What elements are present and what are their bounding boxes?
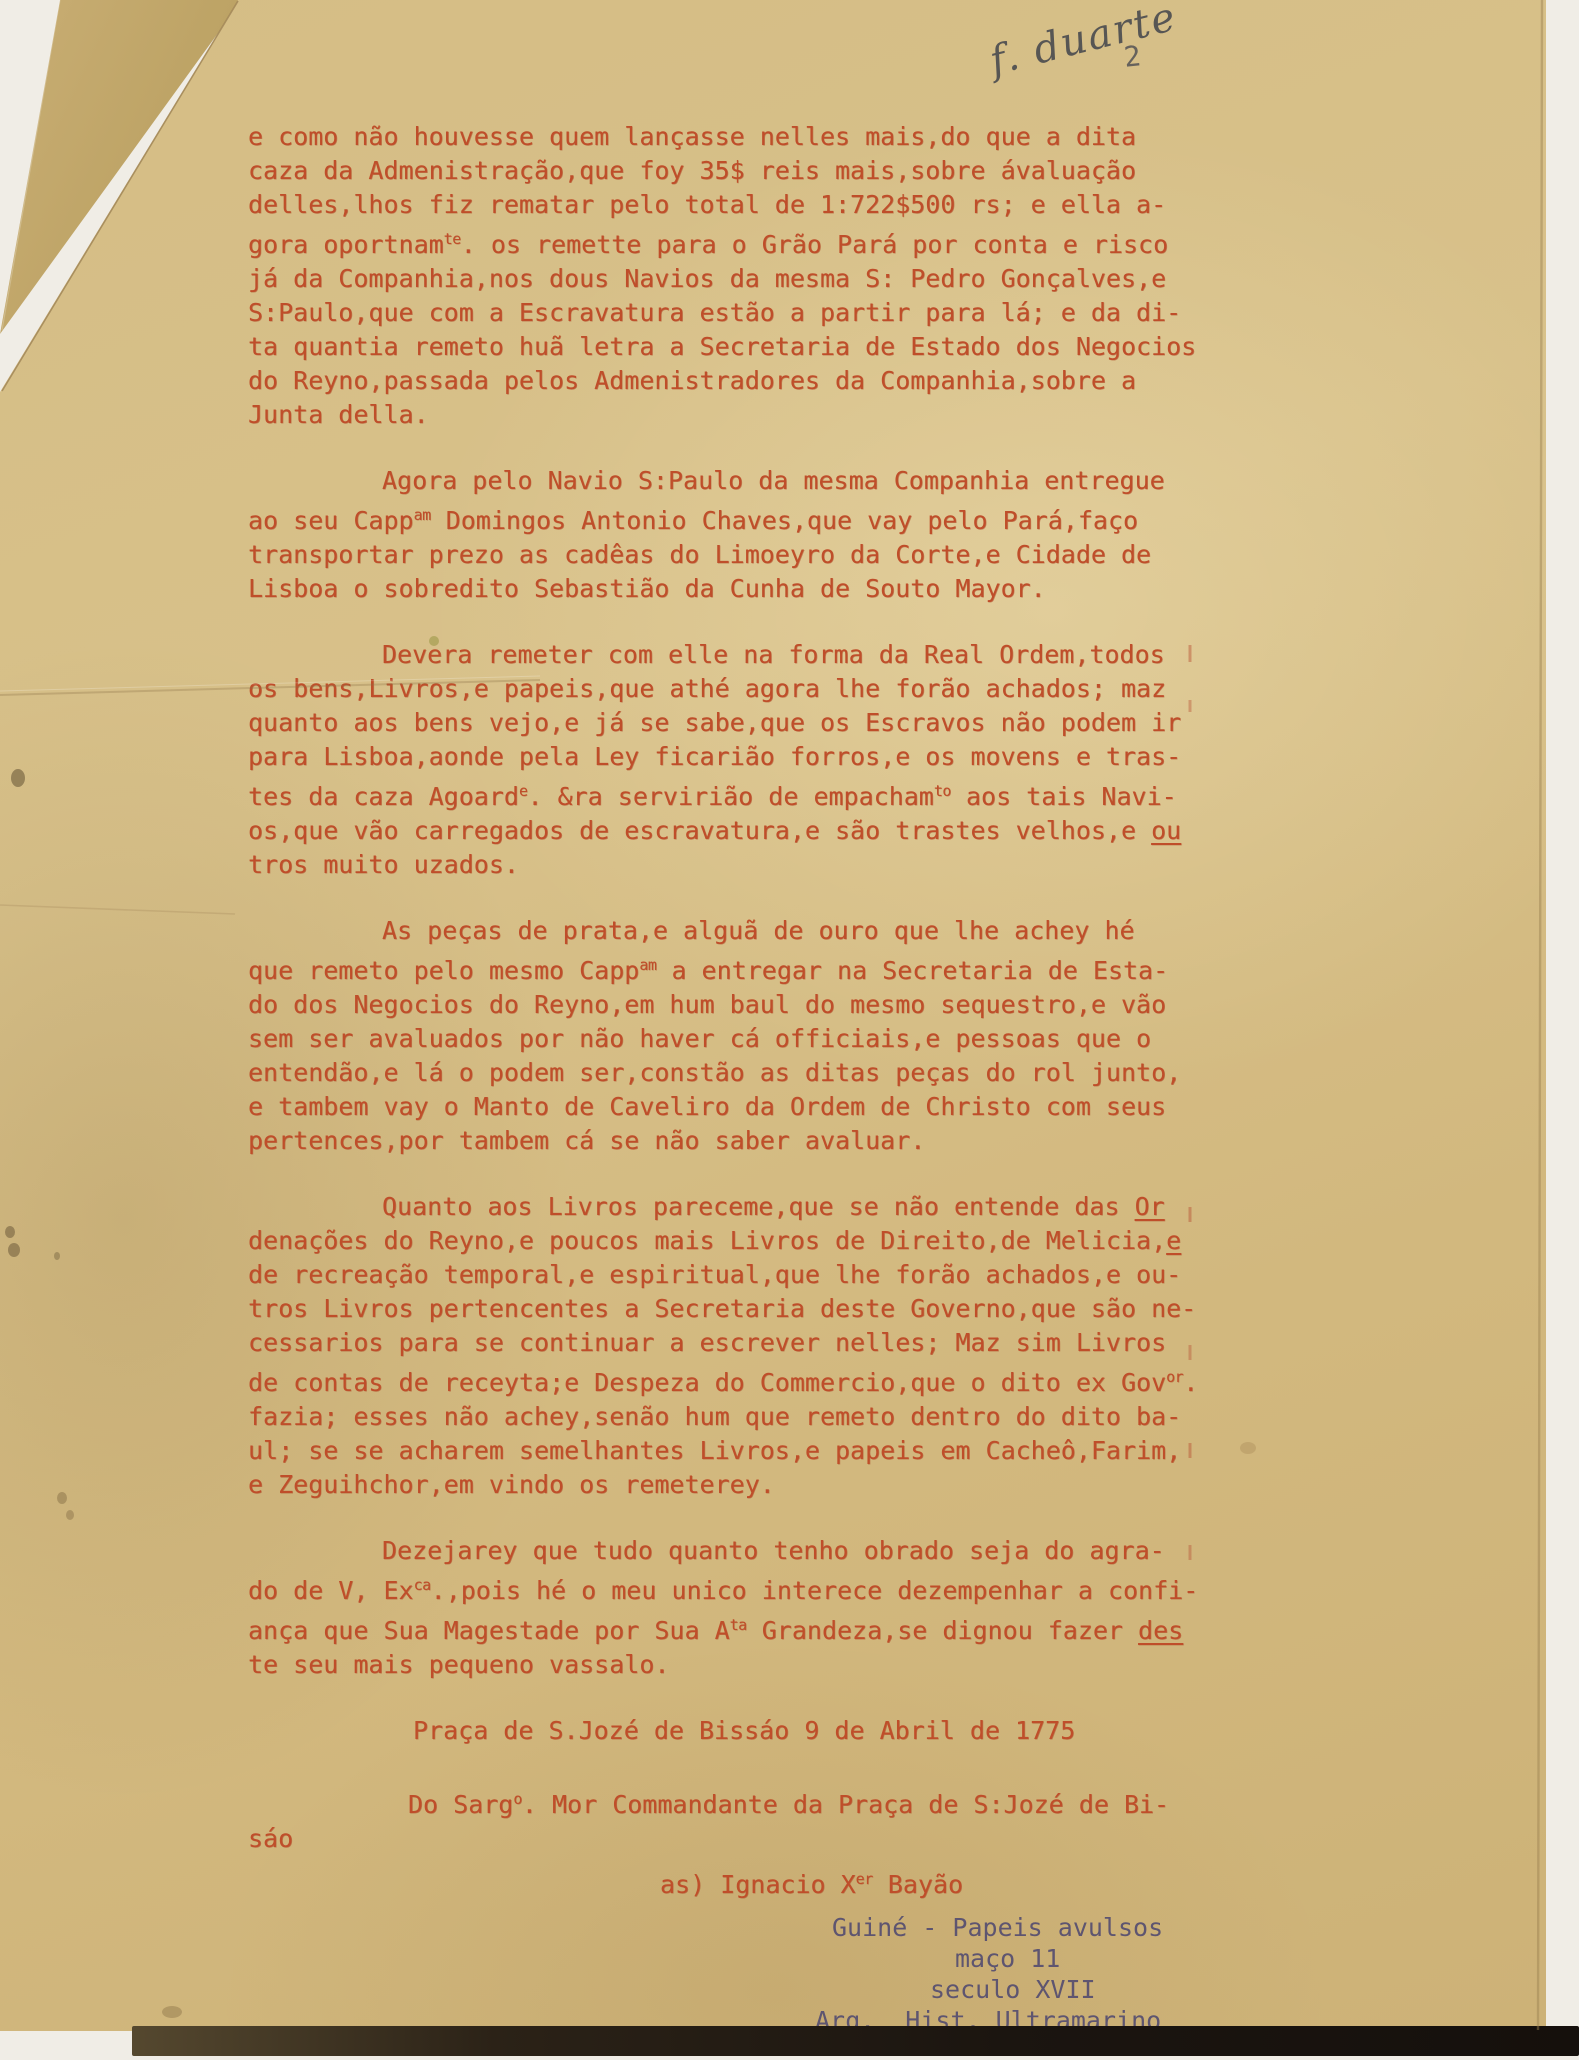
text-line: Agora pelo Navio S:Paulo da mesma Compan… [248, 464, 1258, 498]
text-line: maço 11 [248, 1943, 1258, 1974]
text-line: de recreação temporal,e espiritual,que l… [248, 1258, 1258, 1292]
superscript-text: ca [414, 1576, 431, 1594]
text-line: de contas de receyta;e Despeza do Commer… [248, 1360, 1258, 1400]
superscript-text: er [856, 1870, 873, 1888]
text-line: seculo XVII [248, 1974, 1258, 2005]
text-line: denações do Reyno,e poucos mais Livros d… [248, 1224, 1258, 1258]
text-line: ta quantia remeto huã letra a Secretaria… [248, 330, 1258, 364]
signature-line: as) Ignacio Xer Bayão [660, 1862, 1258, 1902]
superscript-text: am [414, 506, 431, 524]
text-line: para Lisboa,aonde pela Ley ficarião forr… [248, 740, 1258, 774]
paragraph: e como não houvesse quem lançasse nelles… [248, 120, 1258, 432]
text-line: fazia; esses não achey,senão hum que rem… [248, 1400, 1258, 1434]
superscript-text: or [1166, 1368, 1183, 1386]
text-line: caza da Admenistração,que foy 35$ reis m… [248, 154, 1258, 188]
text-line: quanto aos bens vejo,e já se sabe,que os… [248, 706, 1258, 740]
underlined-text: ou [1151, 816, 1181, 845]
text-line: do de V, Exca.,pois hé o meu unico inter… [248, 1568, 1258, 1608]
text-line: os bens,Livros,e papeis,que athé agora l… [248, 672, 1258, 706]
text-line: cessarios para se continuar a escrever n… [248, 1326, 1258, 1360]
text-line: Lisboa o sobredito Sebastião da Cunha de… [248, 572, 1258, 606]
archive-stamp: Guiné - Papeis avulsosmaço 11seculo XVII… [248, 1912, 1258, 2036]
superscript-text: e [519, 782, 528, 800]
paragraph: Agora pelo Navio S:Paulo da mesma Compan… [248, 464, 1258, 606]
text-line: do dos Negocios do Reyno,em hum baul do … [248, 988, 1258, 1022]
paragraph: Devera remeter com elle na forma da Real… [248, 638, 1258, 882]
page-number: 2 [1122, 39, 1142, 74]
text-line: Quanto aos Livros pareceme,que se não en… [248, 1190, 1258, 1224]
text-line: gora oportnamte. os remette para o Grão … [248, 222, 1258, 262]
paragraph: Quanto aos Livros pareceme,que se não en… [248, 1190, 1258, 1502]
underlined-text: des [1138, 1616, 1183, 1645]
text-line: delles,lhos fiz rematar pelo total de 1:… [248, 188, 1258, 222]
text-line: entendão,e lá o podem ser,constão as dit… [248, 1056, 1258, 1090]
text-line: sáo [248, 1822, 1258, 1856]
sender-line: Do Sargo. Mor Commandante da Praça de S:… [248, 1782, 1258, 1856]
text-line: que remeto pelo mesmo Cappam a entregar … [248, 948, 1258, 988]
text-line: e Zeguihchor,em vindo os remeterey. [248, 1468, 1258, 1502]
text-line: e tambem vay o Manto de Caveliro da Orde… [248, 1090, 1258, 1124]
text-line: tros muito uzados. [248, 848, 1258, 882]
text-line: ao seu Cappam Domingos Antonio Chaves,qu… [248, 498, 1258, 538]
dateline: Praça de S.Jozé de Bissáo 9 de Abril de … [413, 1714, 1258, 1748]
paragraph: Dezejarey que tudo quanto tenho obrado s… [248, 1534, 1258, 1682]
text-line: ança que Sua Magestade por Sua Ata Grand… [248, 1608, 1258, 1648]
text-line: Dezejarey que tudo quanto tenho obrado s… [248, 1534, 1258, 1568]
text-line: e como não houvesse quem lançasse nelles… [248, 120, 1258, 154]
superscript-text: te [444, 230, 461, 248]
text-line: os,que vão carregados de escravatura,e s… [248, 814, 1258, 848]
text-line: tes da caza Agoarde. &ra servirião de em… [248, 774, 1258, 814]
text-line: transportar prezo as cadêas do Limoeyro … [248, 538, 1258, 572]
text-line: tros Livros pertencentes a Secretaria de… [248, 1292, 1258, 1326]
superscript-text: am [639, 956, 656, 974]
superscript-text: ta [730, 1616, 747, 1634]
scan-bottom-shadow [132, 2026, 1579, 2056]
text-line: pertences,por tambem cá se não saber ava… [248, 1124, 1258, 1158]
text-line: Do Sargo. Mor Commandante da Praça de S:… [248, 1782, 1258, 1822]
handwritten-annotation: f. duarte [985, 0, 1181, 84]
text-line: te seu mais pequeno vassalo. [248, 1648, 1258, 1682]
text-line: Praça de S.Jozé de Bissáo 9 de Abril de … [413, 1714, 1258, 1748]
text-line: sem ser avaluados por não haver cá offic… [248, 1022, 1258, 1056]
letter-text: e como não houvesse quem lançasse nelles… [248, 120, 1258, 2036]
paragraph: As peças de prata,e alguã de ouro que lh… [248, 914, 1258, 1158]
text-line: As peças de prata,e alguã de ouro que lh… [248, 914, 1258, 948]
text-line: Junta della. [248, 398, 1258, 432]
underlined-text: e [1166, 1226, 1181, 1255]
paper-sheet: e como não houvesse quem lançasse nelles… [0, 0, 1546, 2031]
text-line: Devera remeter com elle na forma da Real… [248, 638, 1258, 672]
text-line: já da Companhia,nos dous Navios da mesma… [248, 262, 1258, 296]
text-line: S:Paulo,que com a Escravatura estão a pa… [248, 296, 1258, 330]
text-line: ul; se se acharem semelhantes Livros,e p… [248, 1434, 1258, 1468]
superscript-text: to [934, 782, 951, 800]
text-line: Guiné - Papeis avulsos [248, 1912, 1258, 1943]
superscript-text: o [513, 1790, 522, 1808]
text-line: do Reyno,passada pelos Admenistradores d… [248, 364, 1258, 398]
scanned-document-page: e como não houvesse quem lançasse nelles… [0, 0, 1579, 2060]
letter-body: e como não houvesse quem lançasse nelles… [248, 120, 1258, 1682]
text-line: as) Ignacio Xer Bayão [660, 1862, 1258, 1902]
underlined-text: Or [1135, 1192, 1165, 1221]
